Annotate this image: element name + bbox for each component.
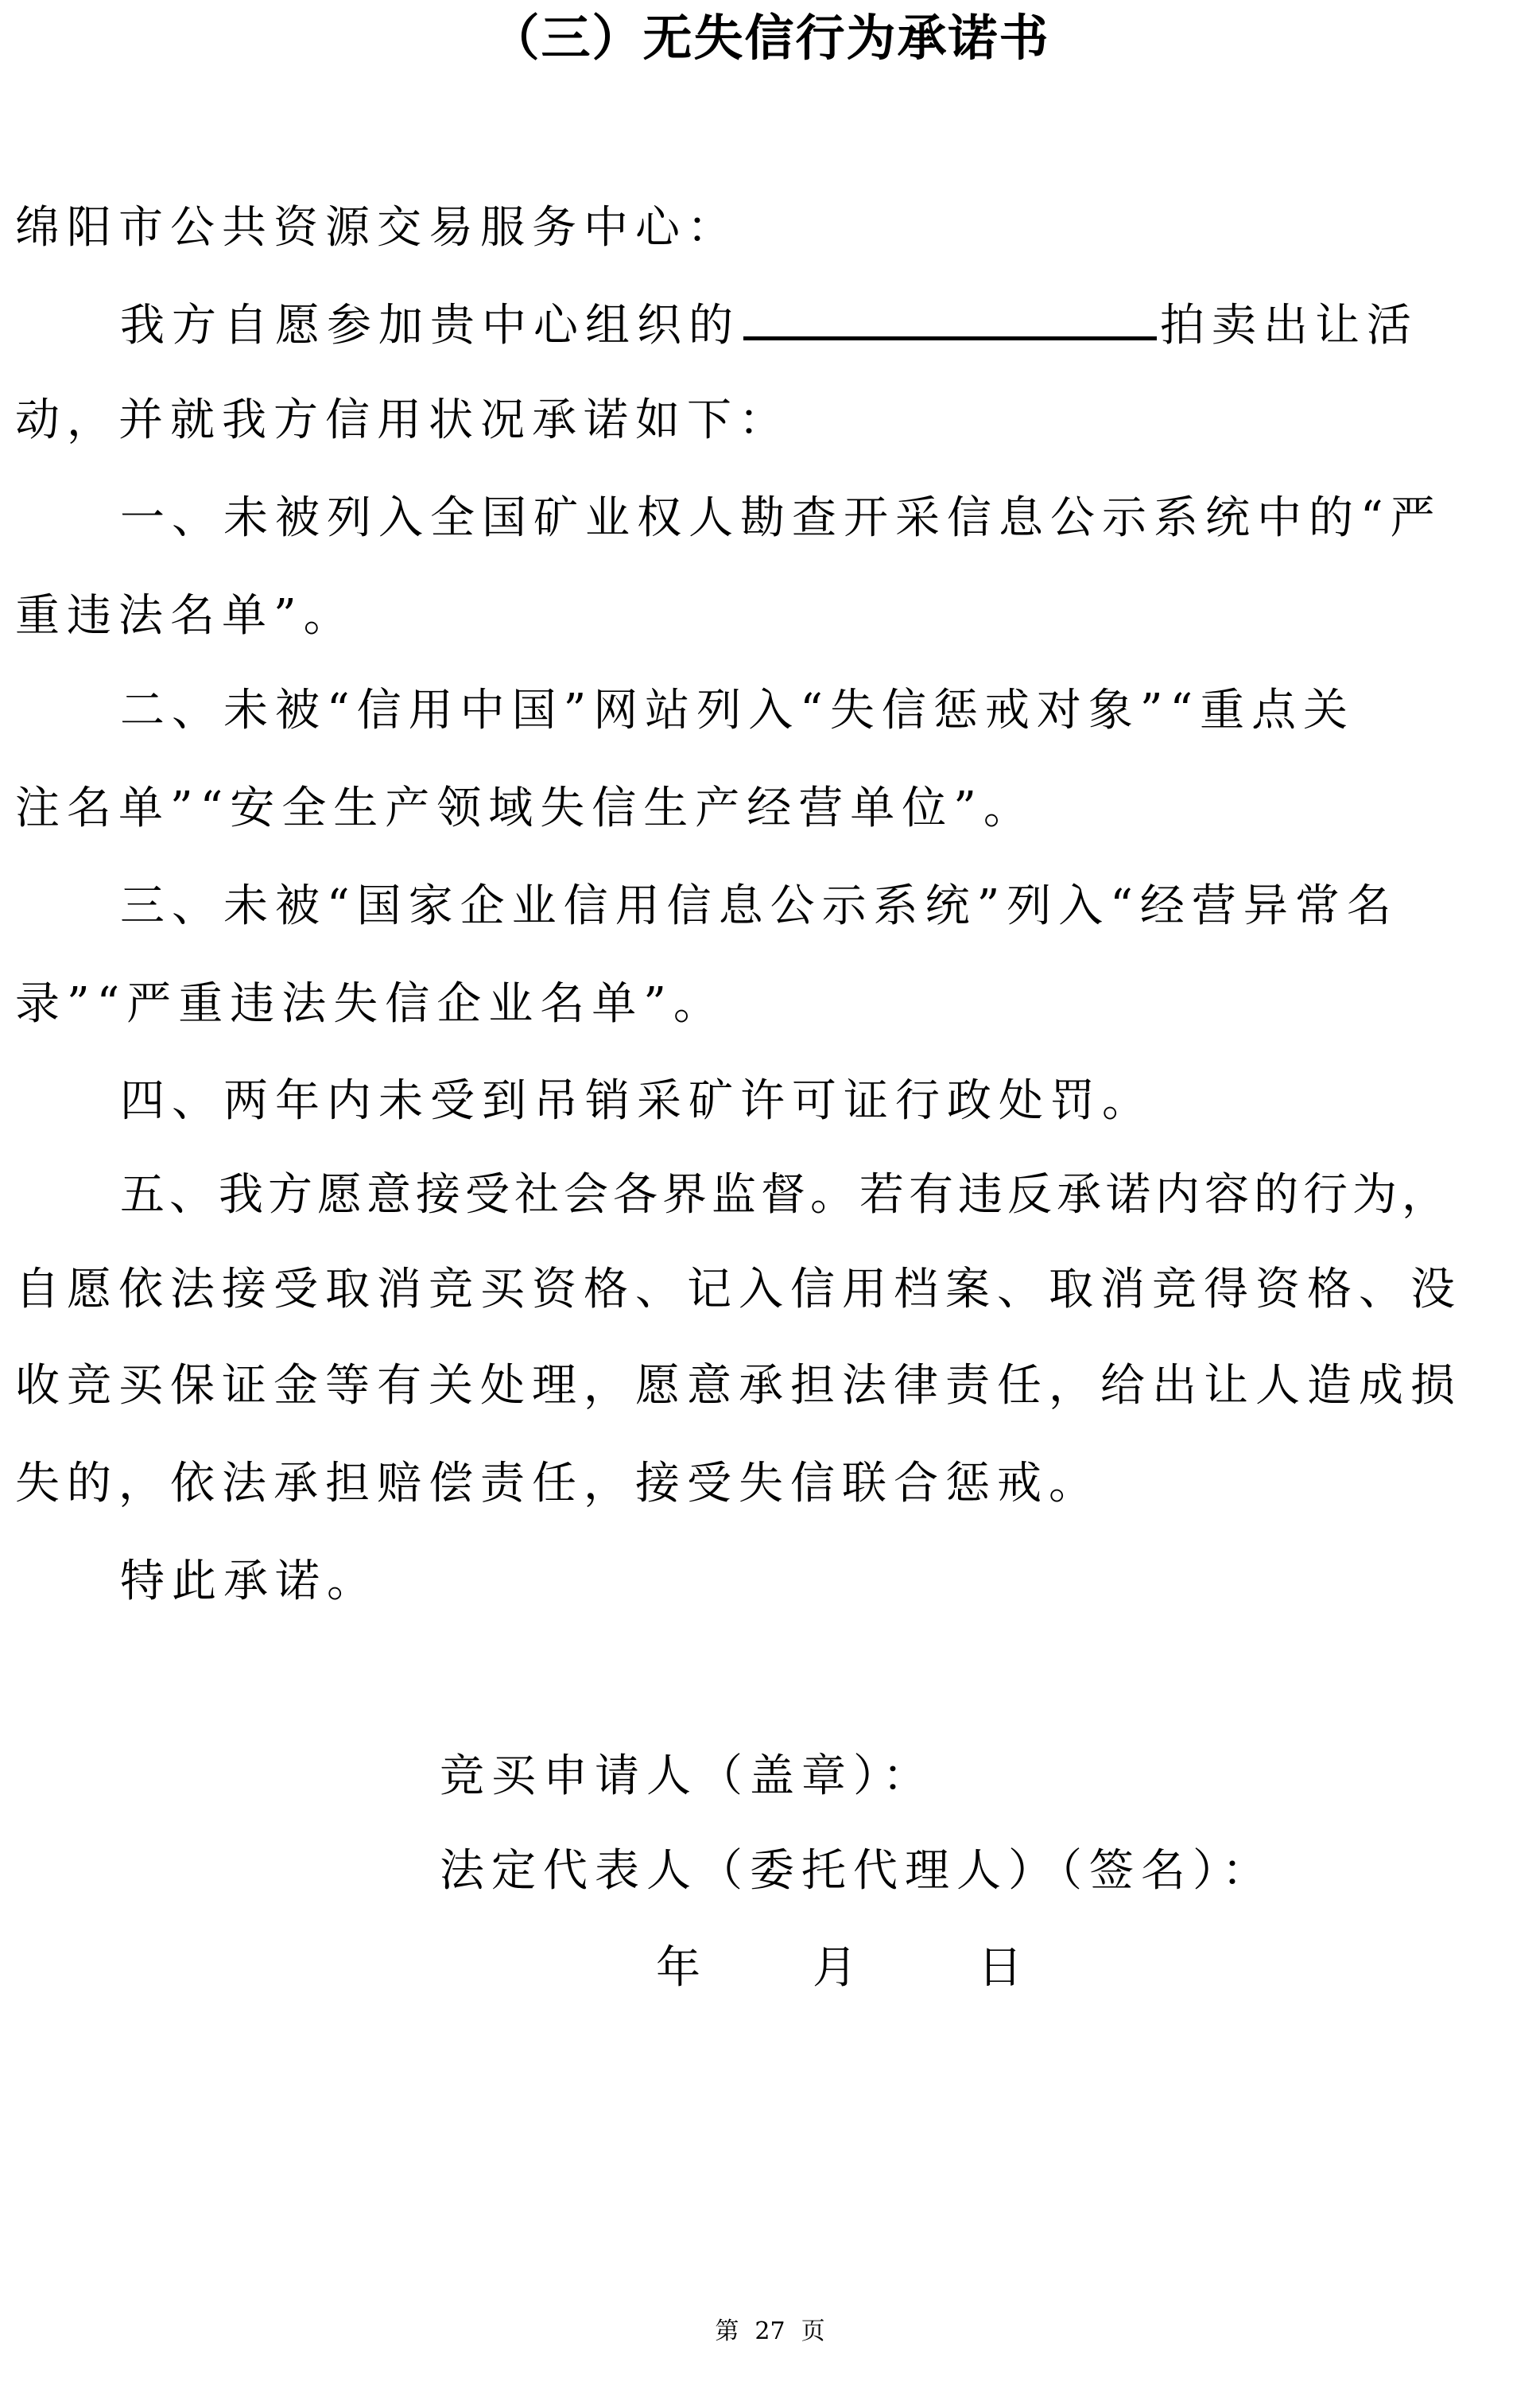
applicant-seal-label: 竞买申请人（盖章）： <box>440 1749 934 1804</box>
page-suffix: 页 <box>801 2317 825 2345</box>
item-5-line-1: 五、我方愿意接受社会各界监督。若有违反承诺内容的行为， <box>120 1167 1451 1223</box>
date-year-label: 年 <box>656 1940 700 1996</box>
intro-before-blank: 我方自愿参加贵中心组织的 <box>120 300 740 352</box>
item-5-line-3: 收竞买保证金等有关处理，愿意承担法律责任，给出让人造成损 <box>15 1358 1462 1414</box>
item-1-line-2: 重违法名单”。 <box>15 589 355 644</box>
item-2-line-2: 注名单”“安全生产领域失信生产经营单位”。 <box>15 781 1035 837</box>
date-month-label: 月 <box>813 1940 857 1996</box>
item-5-line-4: 失的，依法承担赔偿责任，接受失信联合惩戒。 <box>15 1456 1100 1512</box>
page-prefix: 第 <box>715 2317 739 2345</box>
addressee: 绵阳市公共资源交易服务中心： <box>15 200 739 256</box>
date-day-label: 日 <box>978 1940 1022 1996</box>
closing: 特此承诺。 <box>120 1554 378 1610</box>
item-2-line-1: 二、未被“信用中国”网站列入“失信惩戒对象”“重点关 <box>120 683 1355 739</box>
item-1-line-1: 一、未被列入全国矿业权人勘查开采信息公示系统中的“严 <box>120 491 1442 546</box>
item-4-line-1: 四、两年内未受到吊销采矿许可证行政处罚。 <box>120 1074 1154 1129</box>
intro-line-2: 动，并就我方信用状况承诺如下： <box>15 393 790 449</box>
auction-name-blank[interactable] <box>743 295 1157 340</box>
document-title: （三）无失信行为承诺书 <box>0 6 1540 70</box>
representative-signature-label: 法定代表人（委托代理人）（签名）： <box>440 1843 1274 1899</box>
item-3-line-1: 三、未被“国家企业信用信息公示系统”列入“经营异常名 <box>120 879 1398 934</box>
page-footer: 第27页 <box>0 2316 1540 2348</box>
item-5-line-2: 自愿依法接受取消竞买资格、记入信用档案、取消竞得资格、没 <box>15 1262 1462 1318</box>
page-number: 27 <box>754 2317 785 2345</box>
item-3-line-2: 录”“严重违法失信企业名单”。 <box>15 977 725 1032</box>
intro-line-1: 我方自愿参加贵中心组织的拍卖出让活 <box>120 295 1418 354</box>
intro-after-blank: 拍卖出让活 <box>1160 300 1418 352</box>
